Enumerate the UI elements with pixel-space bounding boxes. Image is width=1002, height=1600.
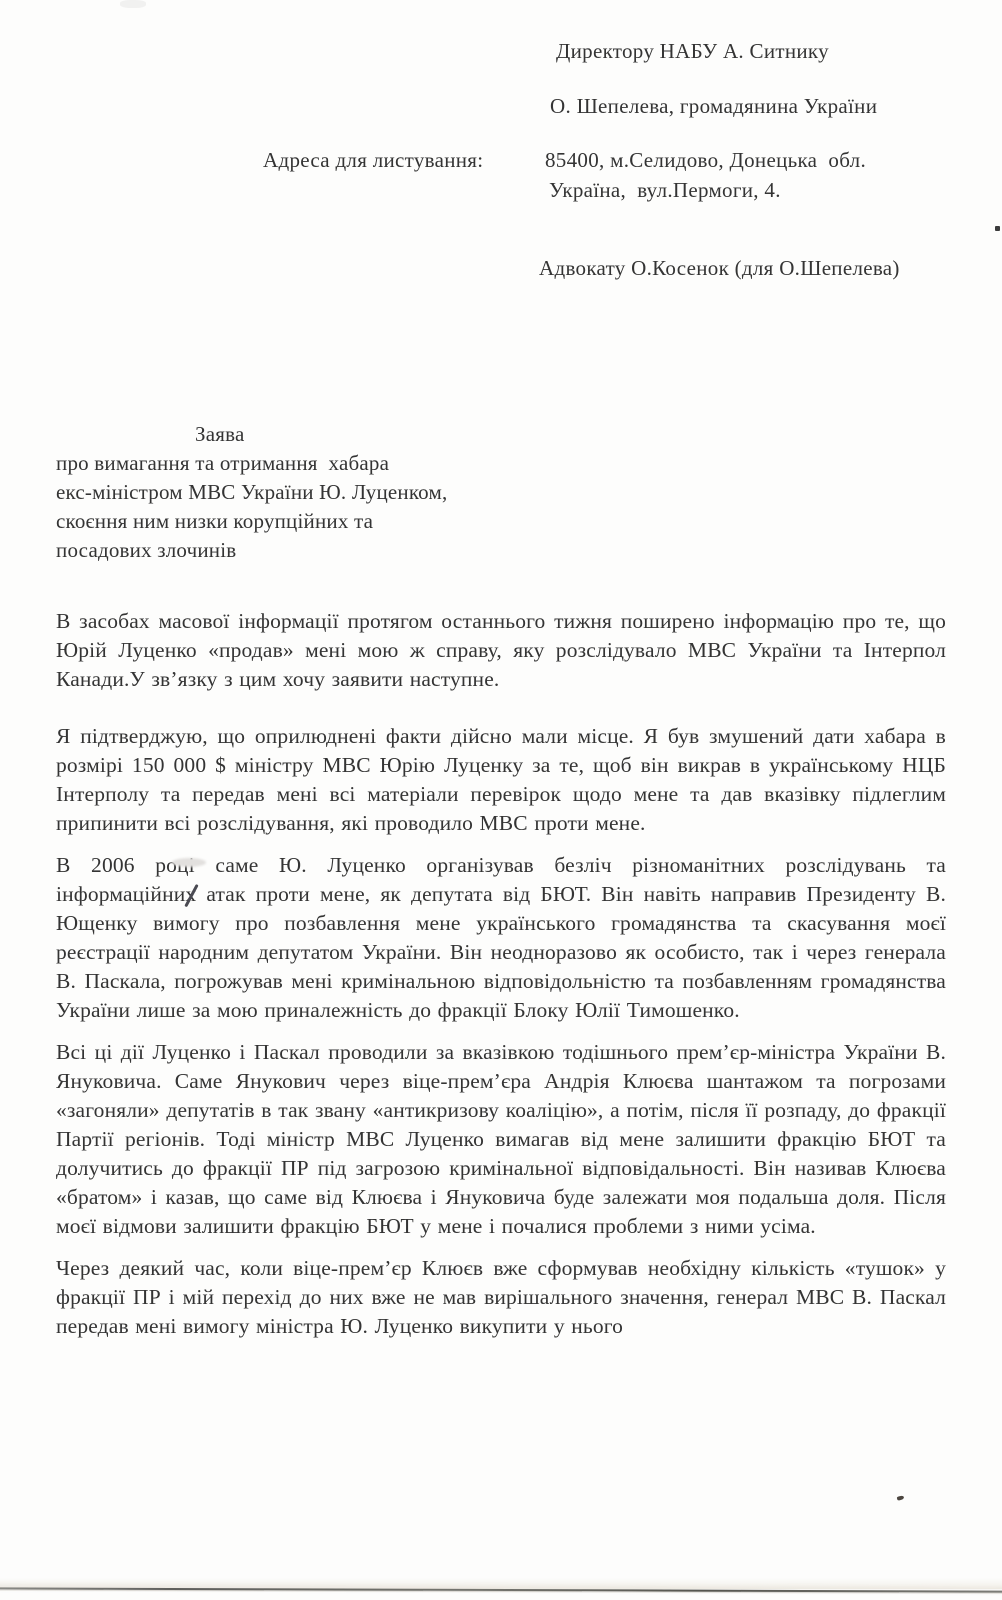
paragraph-bribe-confirmation: Я підтверджую, що оприлюднені факти дійс… [56, 722, 946, 838]
lawyer-line: Адвокату О.Косенок (для О.Шепелева) [539, 255, 900, 281]
scanned-letter-page: Директору НАБУ А. Ситнику О. Шепелева, г… [0, 0, 1002, 1600]
statement-subtitle-line-2: екс-міністром МВС України Ю. Луценком, [56, 478, 526, 507]
statement-subtitle-line-3: скоєння ним низки корупційних та [56, 507, 526, 536]
scan-smudge [172, 858, 206, 867]
statement-subtitle-line-4: посадових злочинів [56, 536, 526, 565]
scan-speck-top [120, 0, 146, 8]
paragraph-tushky-demand: Через деякий час, коли віце-прем’єр Клює… [56, 1254, 946, 1341]
address-line-2: Україна, вул.Пермоги, 4. [549, 177, 781, 203]
scan-speck-right [995, 226, 1000, 231]
recipient-line-director: Директору НАБУ А. Ситнику [556, 38, 829, 64]
address-label: Адреса для листування: [263, 147, 483, 173]
recipient-line-applicant: О. Шепелева, громадянина України [550, 93, 877, 119]
statement-body: В засобах масової інформації протягом ос… [56, 607, 946, 1354]
statement-heading: Заява [56, 420, 526, 449]
scan-speck-bottom [897, 1495, 905, 1501]
address-line-1: 85400, м.Селидово, Донецька обл. [545, 147, 866, 173]
paragraph-2006-investigations: В 2006 році саме Ю. Луценко організував … [56, 851, 946, 1025]
paragraph-yanukovych-pressure: Всі ці дії Луценко і Паскал проводили за… [56, 1038, 946, 1241]
statement-title-block: Заява про вимагання та отримання хабара … [56, 420, 526, 565]
paragraph-media-reports: В засобах масової інформації протягом ос… [56, 607, 946, 694]
statement-subtitle-line-1: про вимагання та отримання хабара [56, 449, 526, 478]
